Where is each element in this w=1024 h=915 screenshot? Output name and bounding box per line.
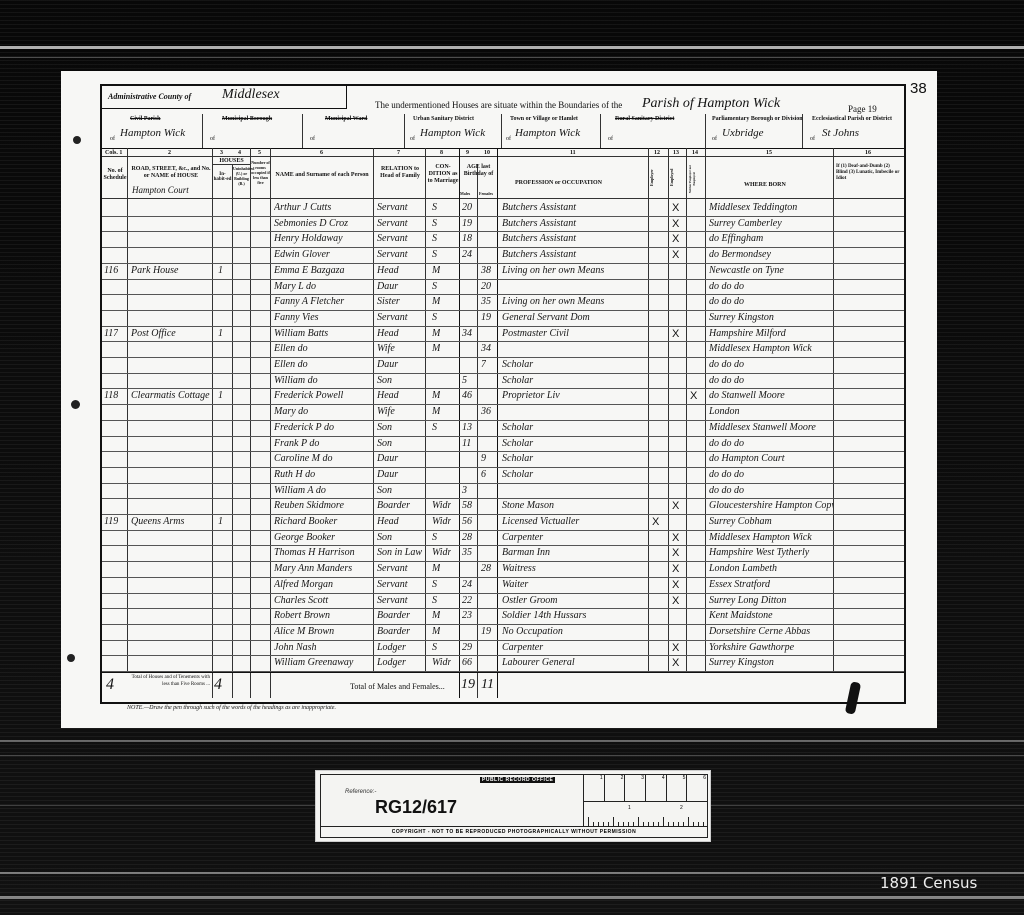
condition: S <box>432 642 437 653</box>
relation: Servant <box>377 218 425 229</box>
heading-schedule: No. of Schedule <box>103 168 127 182</box>
employed-mark: X <box>672 249 679 261</box>
female-age: 19 <box>481 312 491 323</box>
occupation: Carpenter <box>502 532 646 543</box>
where-born: Essex Stratford <box>709 579 833 590</box>
heading-employer: Employer <box>648 169 655 186</box>
heading-road: ROAD, STREET, &c., and No. or NAME of HO… <box>130 166 212 180</box>
male-age: 24 <box>462 249 472 260</box>
person-name: Mary L do <box>274 281 372 292</box>
occupation: Scholar <box>502 359 646 370</box>
female-age: 28 <box>481 563 491 574</box>
where-born: Middlesex Stanwell Moore <box>709 422 833 433</box>
where-born: London <box>709 406 833 417</box>
house-name: Post Office <box>131 328 211 339</box>
condition: S <box>432 422 437 433</box>
reference-caption: Reference:- <box>345 789 376 795</box>
occupation: Soldier 14th Hussars <box>502 610 646 621</box>
condition: Widr <box>432 547 451 558</box>
employed-mark: X <box>672 642 679 654</box>
male-age: 34 <box>462 328 472 339</box>
male-age: 29 <box>462 642 472 653</box>
relation: Son <box>377 485 425 496</box>
female-age: 38 <box>481 265 491 276</box>
row-divider <box>102 593 904 594</box>
person-name: Thomas H Harrison <box>274 547 372 558</box>
reference-code: RG12/617 <box>375 797 457 818</box>
row-divider <box>102 341 904 342</box>
person-name: Fanny Vies <box>274 312 372 323</box>
condition: M <box>432 610 440 621</box>
male-age: 19 <box>462 218 472 229</box>
field-prefix: of <box>210 136 215 142</box>
occupation: General Servant Dom <box>502 312 646 323</box>
condition: S <box>432 312 437 323</box>
employed-mark: X <box>672 218 679 230</box>
where-born: London Lambeth <box>709 563 833 574</box>
reference-label: Reference:- RG12/617 PUBLIC RECORD OFFIC… <box>315 770 711 842</box>
person-name: Emma E Bazgaza <box>274 265 372 276</box>
where-born: Yorkshire Gawthorpe <box>709 642 833 653</box>
ruler-mark: 2 <box>605 775 626 801</box>
row-divider <box>102 420 904 421</box>
row-divider <box>102 247 904 248</box>
person-name: William Greenaway <box>274 657 372 668</box>
condition: S <box>432 233 437 244</box>
male-age: 13 <box>462 422 472 433</box>
where-born: Hampshire West Tytherly <box>709 547 833 558</box>
column-number: 4 <box>238 150 241 157</box>
condition: S <box>432 281 437 292</box>
male-age: 28 <box>462 532 472 543</box>
film-streak <box>0 46 1024 49</box>
inhabited-count: 1 <box>218 265 223 276</box>
page-number: Page 19 <box>848 104 877 114</box>
field-value-parliamentary: Uxbridge <box>722 127 764 139</box>
row-divider <box>102 451 904 452</box>
occupation: Scholar <box>502 453 646 464</box>
field-value-urban-sanitary: Hampton Wick <box>420 127 485 139</box>
field-label-rural-sanitary: Rural Sanitary District <box>615 116 674 122</box>
film-streak <box>0 740 1024 742</box>
row-divider <box>102 436 904 437</box>
occupation: Barman Inn <box>502 547 646 558</box>
schedule-number: 119 <box>104 516 118 527</box>
heading-males: Males <box>460 190 470 197</box>
reference-inner: Reference:- RG12/617 PUBLIC RECORD OFFIC… <box>320 774 708 838</box>
relation: Daur <box>377 469 425 480</box>
male-age: 46 <box>462 390 472 401</box>
person-name: George Booker <box>274 532 372 543</box>
field-label-urban-sanitary: Urban Sanitary District <box>413 116 474 122</box>
row-divider <box>102 326 904 327</box>
divider <box>705 114 706 148</box>
person-name: Sebmonies D Croz <box>274 218 372 229</box>
ruler-mark: 5 <box>667 775 688 801</box>
where-born: do Stanwell Moore <box>709 390 833 401</box>
total-females: 11 <box>481 677 494 693</box>
field-prefix: of <box>506 136 511 142</box>
occupation: Carpenter <box>502 642 646 653</box>
field-label-district: Ecclesiastical Parish or District <box>812 116 892 122</box>
person-name: Charles Scott <box>274 595 372 606</box>
row-divider <box>102 561 904 562</box>
occupation: Butchers Assistant <box>502 249 646 260</box>
where-born: Surrey Cobham <box>709 516 833 527</box>
field-prefix: of <box>410 136 415 142</box>
house-name: Clearmatis Cottage <box>131 390 211 401</box>
relation: Head <box>377 328 425 339</box>
condition: S <box>432 202 437 213</box>
occupation: Scholar <box>502 469 646 480</box>
male-age: 20 <box>462 202 472 213</box>
occupation: No Occupation <box>502 626 646 637</box>
film-streak <box>0 755 1024 756</box>
field-prefix: of <box>810 136 815 142</box>
where-born: do Effingham <box>709 233 833 244</box>
where-born: do do do <box>709 438 833 449</box>
copyright-notice: COPYRIGHT - NOT TO BE REPRODUCED PHOTOGR… <box>321 826 707 837</box>
ruler-mark: 1 <box>584 775 605 801</box>
where-born: Middlesex Hampton Wick <box>709 343 833 354</box>
row-divider <box>102 545 904 546</box>
male-age: 22 <box>462 595 472 606</box>
occupation: Living on her own Means <box>502 265 646 276</box>
column-number: 2 <box>168 150 171 157</box>
male-age: 66 <box>462 657 472 668</box>
row-divider <box>102 404 904 405</box>
occupation: Stone Mason <box>502 500 646 511</box>
employed-mark: X <box>672 328 679 340</box>
field-prefix: of <box>712 136 717 142</box>
occupation: Butchers Assistant <box>502 202 646 213</box>
punch-hole-icon <box>67 654 75 662</box>
female-age: 9 <box>481 453 486 464</box>
field-value-village: Hampton Wick <box>515 127 580 139</box>
row-divider <box>102 294 904 295</box>
person-name: Henry Holdaway <box>274 233 372 244</box>
person-name: Fanny A Fletcher <box>274 296 372 307</box>
condition: M <box>432 406 440 417</box>
divider <box>102 198 904 199</box>
field-prefix: of <box>310 136 315 142</box>
row-divider <box>102 655 904 656</box>
field-value-civil-parish: Hampton Wick <box>120 127 185 139</box>
relation: Servant <box>377 202 425 213</box>
measurement-ruler: 1 2 3 4 5 6 1 2 <box>583 775 708 827</box>
heading-relation: RELATION to Head of Family <box>375 166 425 180</box>
footer-note: NOTE.—Draw the pen through such of the w… <box>127 705 336 711</box>
divider <box>302 114 303 148</box>
column-number: 16 <box>865 150 871 157</box>
row-divider <box>102 498 904 499</box>
heading-occupation: PROFESSION or OCCUPATION <box>515 180 602 187</box>
admin-county-label: Administrative County of <box>108 92 191 101</box>
divider <box>102 148 904 149</box>
folio-number: 38 <box>910 80 927 97</box>
person-name: Edwin Glover <box>274 249 372 260</box>
female-age: 7 <box>481 359 486 370</box>
total-persons-label: Total of Males and Females... <box>350 682 445 691</box>
divider <box>102 672 904 673</box>
field-value-district: St Johns <box>822 127 859 139</box>
person-name: William Batts <box>274 328 372 339</box>
male-age: 11 <box>462 438 471 449</box>
ruler-mark: 3 <box>625 775 646 801</box>
inhabited-count: 1 <box>218 516 223 527</box>
occupation: Butchers Assistant <box>502 233 646 244</box>
person-name: John Nash <box>274 642 372 653</box>
occupation: Scholar <box>502 375 646 386</box>
divider <box>501 114 502 148</box>
relation: Son <box>377 375 425 386</box>
heading-inhabited: In-habit-ed <box>213 172 232 182</box>
relation: Boarder <box>377 610 425 621</box>
employed-mark: X <box>672 233 679 245</box>
where-born: Dorsetshire Cerne Abbas <box>709 626 833 637</box>
relation: Head <box>377 265 425 276</box>
punch-hole-icon <box>71 400 80 409</box>
condition: Widr <box>432 500 451 511</box>
ruler-top: 1 2 3 4 5 6 <box>584 775 708 802</box>
person-name: Frederick Powell <box>274 390 372 401</box>
relation: Servant <box>377 249 425 260</box>
where-born: Newcastle on Tyne <box>709 265 833 276</box>
row-divider <box>102 530 904 531</box>
male-age: 58 <box>462 500 472 511</box>
where-born: Surrey Kingston <box>709 312 833 323</box>
house-name: Queens Arms <box>131 516 211 527</box>
condition: S <box>432 249 437 260</box>
ruler-mark: 2 <box>680 805 683 811</box>
column-number: 12 <box>654 150 660 157</box>
admin-county-value: Middlesex <box>222 87 280 103</box>
employed-mark: X <box>672 595 679 607</box>
column-number: 3 <box>220 150 223 157</box>
occupation: Scholar <box>502 422 646 433</box>
condition: S <box>432 595 437 606</box>
occupation: Proprietor Liv <box>502 390 646 401</box>
female-age: 34 <box>481 343 491 354</box>
male-age: 35 <box>462 547 472 558</box>
person-name: Frank P do <box>274 438 372 449</box>
employed-mark: X <box>672 532 679 544</box>
column-number: 5 <box>258 150 261 157</box>
heading-rooms: Number of rooms occupied if less than fi… <box>251 160 270 185</box>
person-name: Ellen do <box>274 343 372 354</box>
divider <box>600 114 601 148</box>
relation: Boarder <box>377 626 425 637</box>
condition: M <box>432 626 440 637</box>
female-age: 19 <box>481 626 491 637</box>
column-line <box>232 164 233 698</box>
employer-mark: X <box>652 516 659 528</box>
row-divider <box>102 483 904 484</box>
relation: Daur <box>377 281 425 292</box>
female-age: 35 <box>481 296 491 307</box>
condition: S <box>432 218 437 229</box>
employed-mark: X <box>672 202 679 214</box>
total-schedules: 4 <box>106 676 114 694</box>
where-born: do do do <box>709 296 833 307</box>
male-age: 3 <box>462 485 467 496</box>
relation: Head <box>377 390 425 401</box>
person-name: Richard Booker <box>274 516 372 527</box>
schedule-number: 117 <box>104 328 118 339</box>
row-divider <box>102 514 904 515</box>
field-prefix: of <box>608 136 613 142</box>
occupation: Postmaster Civil <box>502 328 646 339</box>
where-born: Surrey Kingston <box>709 657 833 668</box>
column-number: 14 <box>692 150 698 157</box>
row-divider <box>102 310 904 311</box>
relation: Son <box>377 438 425 449</box>
row-divider <box>102 357 904 358</box>
employed-mark: X <box>672 500 679 512</box>
field-prefix: of <box>110 136 115 142</box>
film-streak <box>0 872 1024 874</box>
film-streak <box>0 896 1024 899</box>
column-line <box>477 164 478 698</box>
total-males: 19 <box>461 677 475 693</box>
column-number: 13 <box>673 150 679 157</box>
male-age: 24 <box>462 579 472 590</box>
occupation: Living on her own Means <box>502 296 646 307</box>
condition: M <box>432 296 440 307</box>
where-born: Middlesex Teddington <box>709 202 833 213</box>
person-name: William do <box>274 375 372 386</box>
where-born: Gloucestershire Hampton Copwold <box>709 500 833 511</box>
relation: Lodger <box>377 642 425 653</box>
heading-uninhabited: Uninhabited (U.) or Building (B.) <box>233 166 250 186</box>
heading-age: AGE last Birthday of <box>460 164 497 178</box>
employed-mark: X <box>672 563 679 575</box>
divider <box>404 114 405 148</box>
occupation: Waitress <box>502 563 646 574</box>
person-name: William A do <box>274 485 372 496</box>
house-name: Park House <box>131 265 211 276</box>
inhabited-count: 1 <box>218 328 223 339</box>
male-age: 23 <box>462 610 472 621</box>
ruler-mark: 6 <box>687 775 708 801</box>
heading-infirmity: If (1) Deaf-and-Dumb (2) Blind (3) Lunat… <box>836 164 902 182</box>
divider <box>202 114 203 148</box>
occupation: Labourer General <box>502 657 646 668</box>
column-number: 7 <box>397 150 400 157</box>
field-label-village: Town or Village or Hamlet <box>510 116 578 122</box>
row-divider <box>102 577 904 578</box>
person-name: Arthur J Cutts <box>274 202 372 213</box>
relation: Servant <box>377 563 425 574</box>
row-divider <box>102 263 904 264</box>
occupation: Ostler Groom <box>502 595 646 606</box>
field-label-municipal-borough: Municipal Borough <box>222 116 272 122</box>
male-age: 56 <box>462 516 472 527</box>
relation: Daur <box>377 359 425 370</box>
row-divider <box>102 388 904 389</box>
neither-mark: X <box>690 390 697 402</box>
condition: S <box>432 532 437 543</box>
person-name: Reuben Skidmore <box>274 500 372 511</box>
person-name: Frederick P do <box>274 422 372 433</box>
relation: Son <box>377 422 425 433</box>
occupation: Licensed Victualler <box>502 516 646 527</box>
employed-mark: X <box>672 547 679 559</box>
male-age: 5 <box>462 375 467 386</box>
condition: Widr <box>432 516 451 527</box>
relation: Lodger <box>377 657 425 668</box>
row-divider <box>102 279 904 280</box>
occupation: Waiter <box>502 579 646 590</box>
person-name: Alice M Brown <box>274 626 372 637</box>
row-divider <box>102 640 904 641</box>
total-houses-label: Total of Houses and of Tenements with le… <box>130 674 210 688</box>
total-houses-value: 4 <box>214 676 222 694</box>
person-name: Robert Brown <box>274 610 372 621</box>
relation: Son <box>377 532 425 543</box>
public-record-office: PUBLIC RECORD OFFICE <box>480 777 555 783</box>
female-age: 36 <box>481 406 491 417</box>
person-name: Ruth H do <box>274 469 372 480</box>
where-born: do Bermondsey <box>709 249 833 260</box>
row-divider <box>102 467 904 468</box>
person-name: Mary do <box>274 406 372 417</box>
relation: Sister <box>377 296 425 307</box>
person-name: Alfred Morgan <box>274 579 372 590</box>
divider <box>102 108 347 109</box>
relation: Servant <box>377 579 425 590</box>
row-divider <box>102 608 904 609</box>
relation: Servant <box>377 233 425 244</box>
employed-mark: X <box>672 579 679 591</box>
ruler-bottom: 1 2 <box>584 801 708 827</box>
relation: Daur <box>377 453 425 464</box>
person-name: Ellen do <box>274 359 372 370</box>
column-number: 9 <box>466 150 469 157</box>
row-divider <box>102 373 904 374</box>
film-streak <box>0 57 1024 58</box>
heading-condition: CON-DITION as to Marriage <box>427 164 459 185</box>
heading-name: NAME and Surname of each Person <box>274 172 370 179</box>
row-divider <box>102 216 904 217</box>
where-born: Kent Maidstone <box>709 610 833 621</box>
field-label-civil-parish: Civil Parish <box>130 116 161 122</box>
row-divider <box>102 624 904 625</box>
condition: S <box>432 579 437 590</box>
ruler-mark: 4 <box>646 775 667 801</box>
heading-females: Females <box>479 190 493 197</box>
heading-neither: Neither Employer nor Employed <box>688 162 696 196</box>
row-divider <box>102 231 904 232</box>
heading-where-born: WHERE BORN <box>744 182 786 189</box>
relation: Wife <box>377 406 425 417</box>
boundaries-value: Parish of Hampton Wick <box>642 96 780 112</box>
heading-employed: Employed <box>668 169 675 186</box>
column-number: 8 <box>440 150 443 157</box>
condition: M <box>432 328 440 339</box>
person-name: Mary Ann Manders <box>274 563 372 574</box>
road-value: Hampton Court <box>132 185 189 195</box>
punch-hole-icon <box>73 136 81 144</box>
divider <box>212 164 250 165</box>
employed-mark: X <box>672 657 679 669</box>
column-number: 10 <box>484 150 490 157</box>
person-name: Caroline M do <box>274 453 372 464</box>
relation: Boarder <box>377 500 425 511</box>
where-born: Hampshire Milford <box>709 328 833 339</box>
relation: Son in Law <box>377 547 425 558</box>
divider <box>346 86 347 108</box>
